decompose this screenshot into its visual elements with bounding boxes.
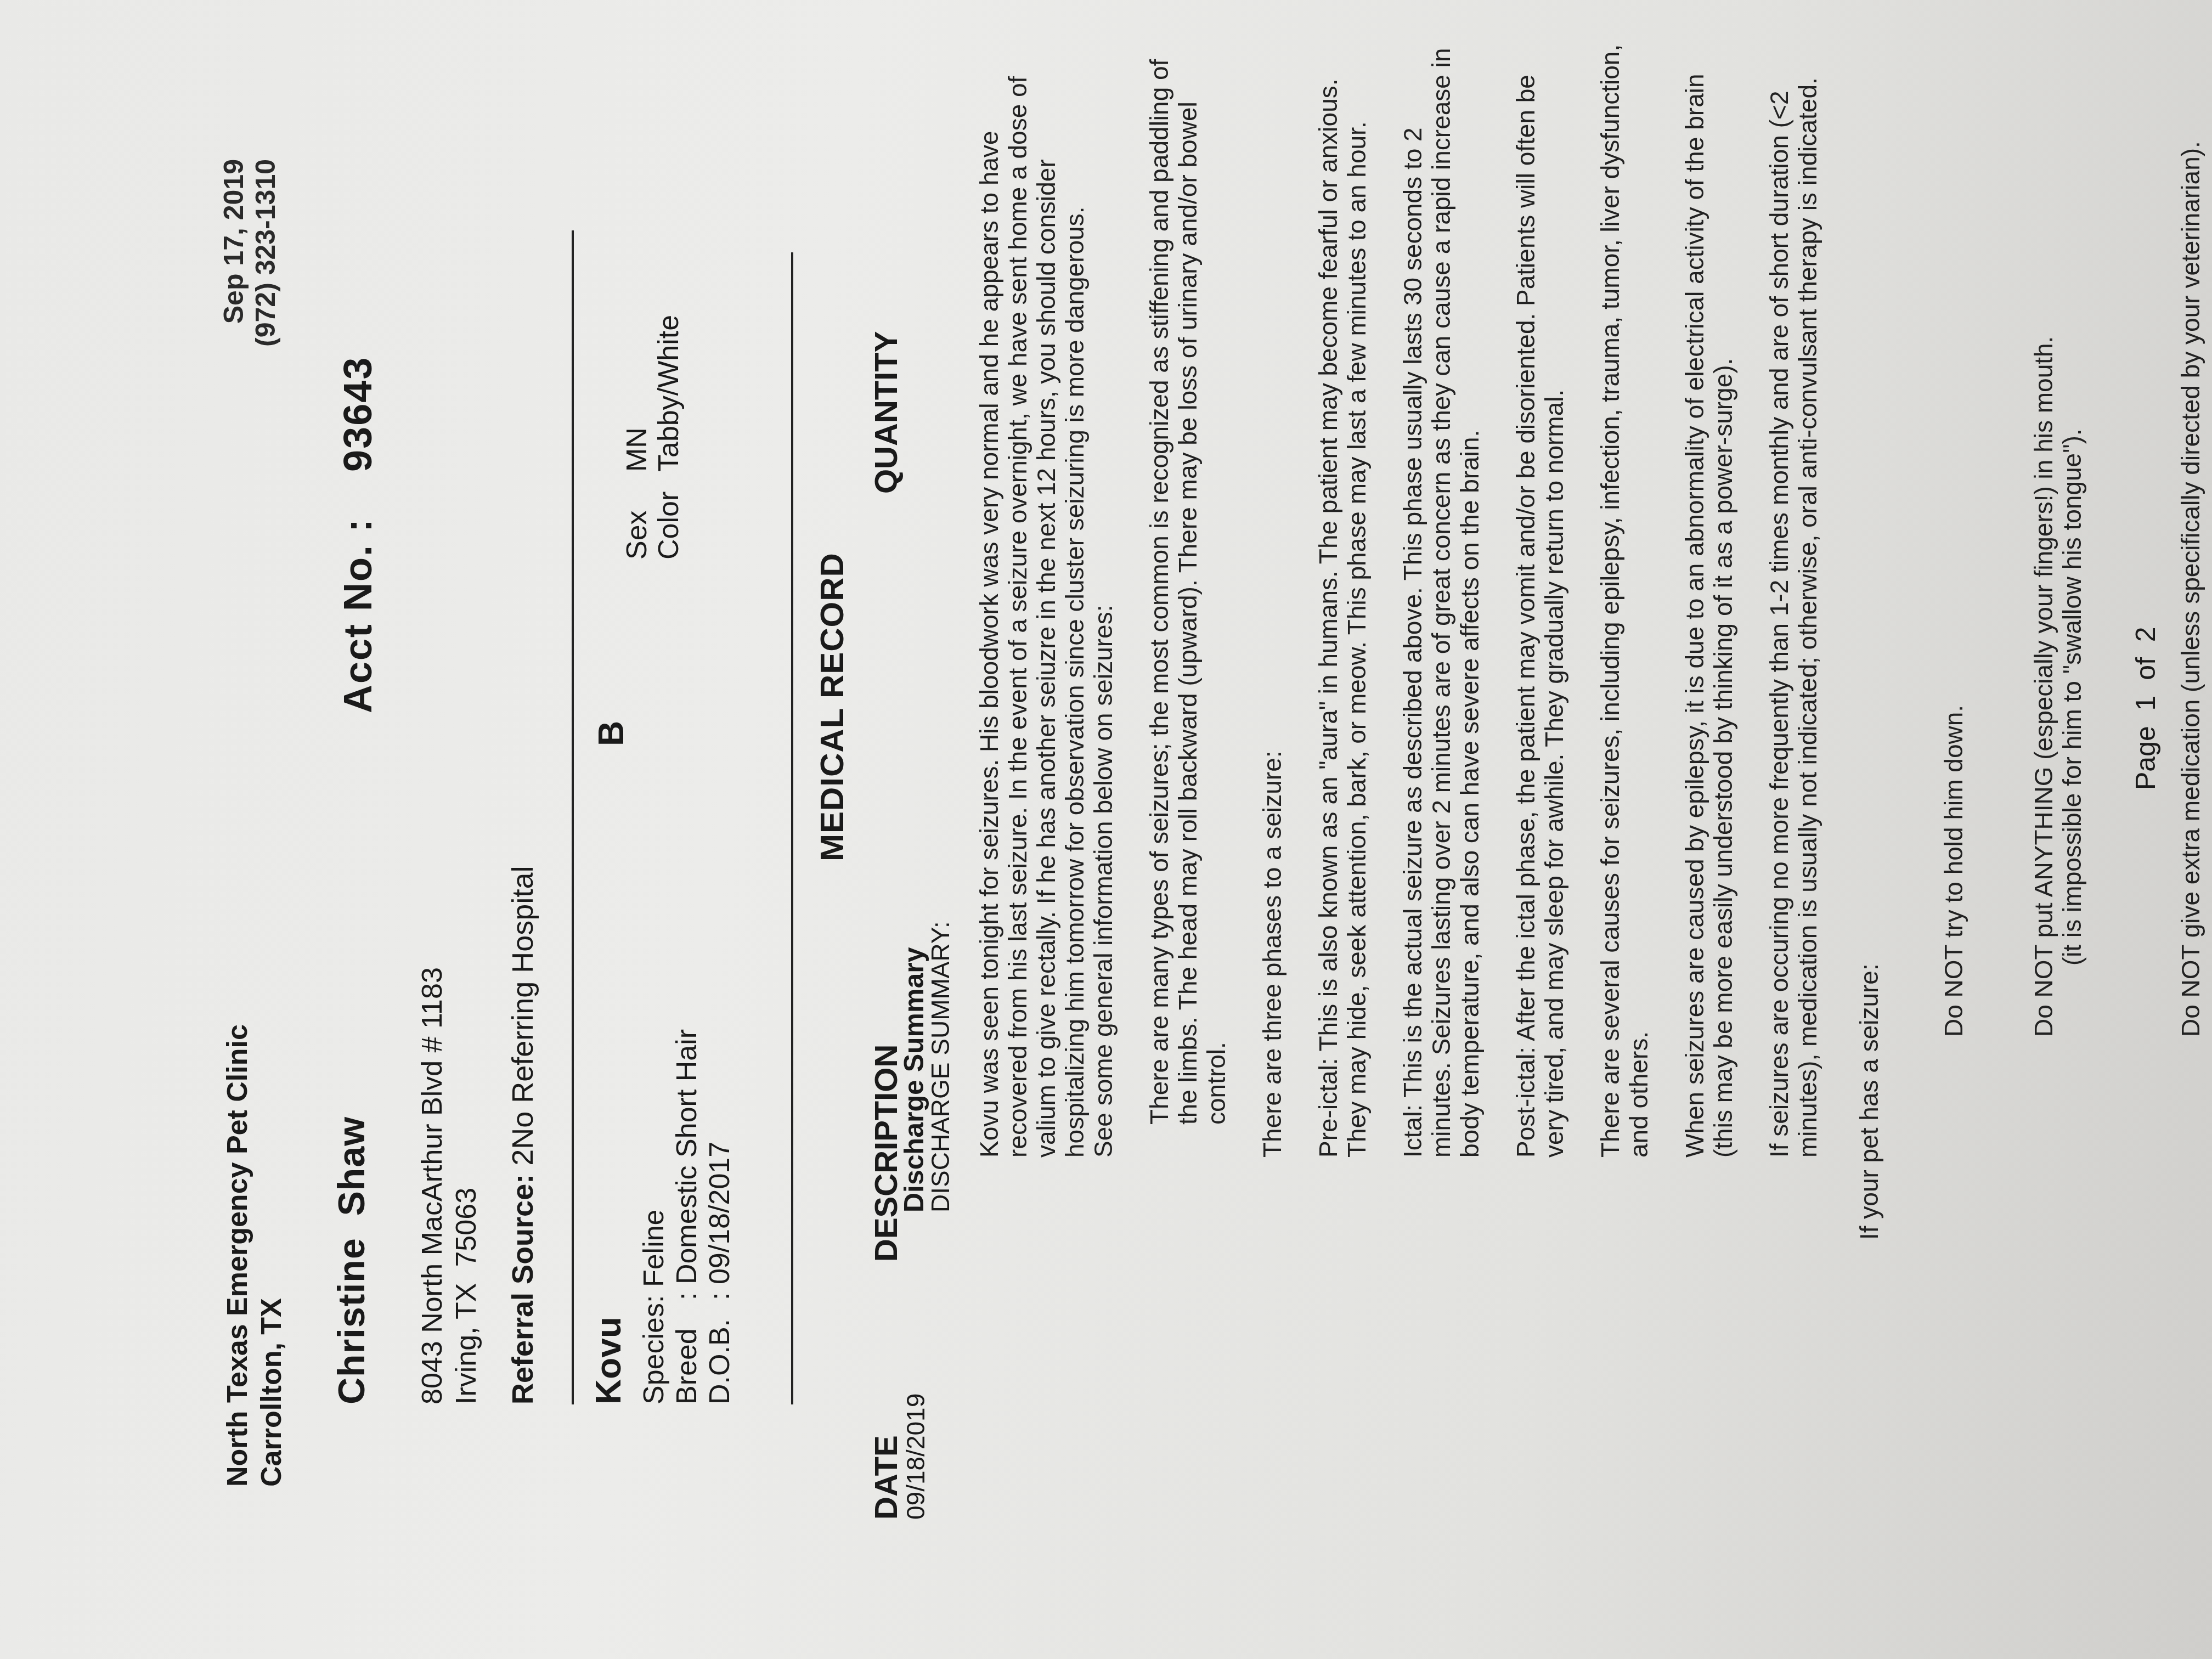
clinic-city: Carrollton, TX — [255, 1024, 289, 1487]
record-title: MEDICAL RECORD — [813, 552, 851, 861]
summary-paragraph-ictal: Ictal: This is the actual seizure as des… — [1398, 33, 1484, 1158]
referral-source: Referral Source: 2No Referring Hospital — [506, 866, 540, 1404]
summary-paragraph: When seizures are caused by epilepsy, it… — [1680, 33, 1737, 1158]
advice-intro: If your pet has a seizure: — [1855, 33, 1883, 1240]
owner-name: Christine Shaw — [330, 1116, 373, 1404]
account-value: 93643 — [336, 357, 380, 472]
summary-paragraph-preictal: Pre-ictal: This is also known as an "aur… — [1314, 33, 1371, 1158]
color-label: Color — [653, 472, 685, 560]
column-header-date: DATE — [868, 1435, 905, 1520]
summary-paragraph: There are many types of seizures; the mo… — [1145, 33, 1231, 1158]
sex-value: MN — [621, 427, 653, 472]
summary-paragraph: See some general information below on se… — [1089, 33, 1118, 1158]
clinic-header: North Texas Emergency Pet Clinic Carroll… — [221, 1024, 289, 1487]
entry-date: 09/18/2019 — [901, 1393, 930, 1520]
summary-paragraph: There are three phases to a seizure: — [1258, 33, 1286, 1158]
owner-address-line2: Irving, TX 75063 — [449, 967, 483, 1404]
breed-value: : Domestic Short Hair — [671, 1029, 703, 1300]
dob-label: D.O.B. — [703, 1300, 736, 1404]
summary-paragraph: If seizures are occuring no more frequen… — [1765, 33, 1822, 1158]
advice-item: Do NOT give extra medication (unless spe… — [2148, 33, 2205, 1158]
discharge-summary-body: Kovu was seen tonight for seizures. His … — [975, 33, 2212, 1158]
patient-name: Kovu — [588, 1317, 629, 1404]
clinic-name: North Texas Emergency Pet Clinic — [221, 1024, 255, 1487]
clinic-phone: (972) 323-1310 — [250, 159, 281, 347]
print-info: Sep 17, 2019 (972) 323-1310 — [218, 159, 281, 347]
owner-address: 8043 North MacArthur Blvd # 1183 Irving,… — [377, 967, 483, 1404]
dob-value: : 09/18/2017 — [704, 1142, 736, 1300]
summary-paragraph-postictal: Post-ictal: After the ictal phase, the p… — [1511, 33, 1568, 1158]
entry-subtitle: DISCHARGE SUMMARY: — [926, 921, 955, 1212]
summary-paragraph: Kovu was seen tonight for seizures. His … — [975, 33, 1089, 1158]
patient-details: Species: Feline Breed: Domestic Short Ha… — [627, 1029, 736, 1404]
advice-item: Do NOT try to hold him down. — [1911, 33, 1968, 1158]
summary-paragraph: There are several causes for seizures, i… — [1596, 33, 1653, 1158]
owner-address-line1: 8043 North MacArthur Blvd # 1183 — [415, 967, 449, 1404]
species-label: Species: — [638, 1295, 670, 1404]
breed-label: Breed — [670, 1300, 703, 1404]
patient-mark: B — [591, 721, 631, 746]
page-number: Page 1 of 2 — [2130, 627, 2162, 790]
referral-value: 2No Referring Hospital — [506, 866, 539, 1166]
sex-label: Sex — [621, 472, 653, 560]
color-value: Tabby/White — [653, 315, 685, 472]
divider — [791, 252, 793, 1404]
patient-sex-color: SexMN ColorTabby/White — [621, 315, 685, 560]
print-date: Sep 17, 2019 — [218, 159, 250, 347]
divider — [572, 230, 574, 1404]
medical-record-page: North Texas Emergency Pet Clinic Carroll… — [100, 0, 2212, 1646]
account-number: Acct No. : 93643 — [336, 357, 381, 713]
account-label: Acct No. : — [336, 518, 380, 713]
referral-label: Referral Source: — [506, 1174, 539, 1404]
species-value: Feline — [638, 1209, 670, 1287]
column-header-quantity: QUANTITY — [868, 331, 905, 494]
advice-item: Do NOT put ANYTHING (especially your fin… — [2001, 33, 2115, 1158]
